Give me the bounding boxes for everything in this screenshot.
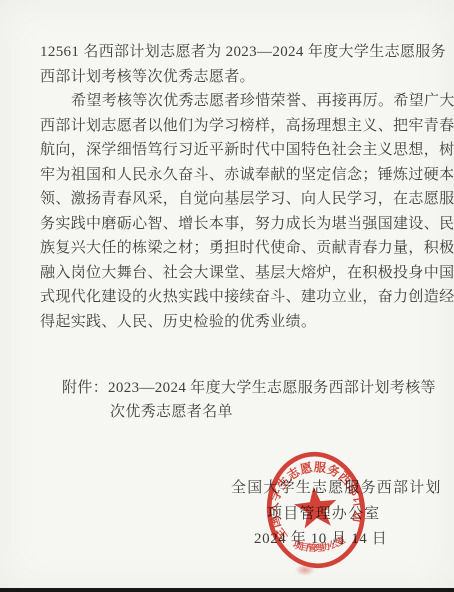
signature-org-line-1: 全国大学生志愿服务西部计划 bbox=[231, 476, 442, 497]
text-line: 西部计划考核等次优秀志愿者。 bbox=[40, 65, 424, 90]
ink-smudge bbox=[295, 564, 315, 576]
text-line: 得起实践、人民、历史检验的优秀业绩。 bbox=[40, 310, 424, 335]
attachment-line-1: 附件：2023—2024 年度大学生志愿服务西部计划考核等 bbox=[40, 377, 424, 401]
text-line: 牢为祖国和人民永久奋斗、赤诚奉献的坚定信念；锤炼过硬本 bbox=[40, 163, 424, 188]
text-line: 式现代化建设的火热实践中接续奋斗、建功立业，奋力创造经 bbox=[40, 285, 424, 310]
text-line: 航向，深学细悟笃行习近平新时代中国特色社会主义思想，树 bbox=[40, 138, 424, 163]
text-line: 12561 名西部计划志愿者为 2023—2024 年度大学生志愿服务 bbox=[40, 40, 424, 65]
text-line: 希望考核等次优秀志愿者珍惜荣誉、再接再厉。希望广大 bbox=[40, 89, 424, 114]
signature-org-line-2: 项目管理办公室 bbox=[267, 502, 380, 523]
text-line: 西部计划志愿者以他们为学习榜样，高扬理想主义、把牢青春 bbox=[40, 114, 424, 139]
signature-date: 2024 年 10 月 14 日 bbox=[254, 527, 387, 548]
attachment-block: 附件：2023—2024 年度大学生志愿服务西部计划考核等 次优秀志愿者名单 bbox=[40, 377, 424, 424]
text-line: 族复兴大任的栋梁之材；勇担时代使命、贡献青春力量，积极 bbox=[40, 236, 424, 261]
paragraph-continuation: 12561 名西部计划志愿者为 2023—2024 年度大学生志愿服务西部计划考… bbox=[40, 40, 424, 89]
attachment-line-2: 次优秀志愿者名单 bbox=[40, 401, 424, 425]
document-page: 12561 名西部计划志愿者为 2023—2024 年度大学生志愿服务西部计划考… bbox=[0, 0, 454, 592]
text-line: 领、激扬青春风采，自觉向基层学习、向人民学习，在志愿服 bbox=[40, 187, 424, 212]
text-line: 务实践中磨砺心智、增长本事，努力成长为堪当强国建设、民 bbox=[40, 212, 424, 237]
paragraph-body: 希望考核等次优秀志愿者珍惜荣誉、再接再厉。希望广大西部计划志愿者以他们为学习榜样… bbox=[40, 89, 424, 334]
scan-edge-line bbox=[0, 588, 454, 592]
text-line: 融入岗位大舞台、社会大课堂、基层大熔炉，在积极投身中国 bbox=[40, 261, 424, 286]
